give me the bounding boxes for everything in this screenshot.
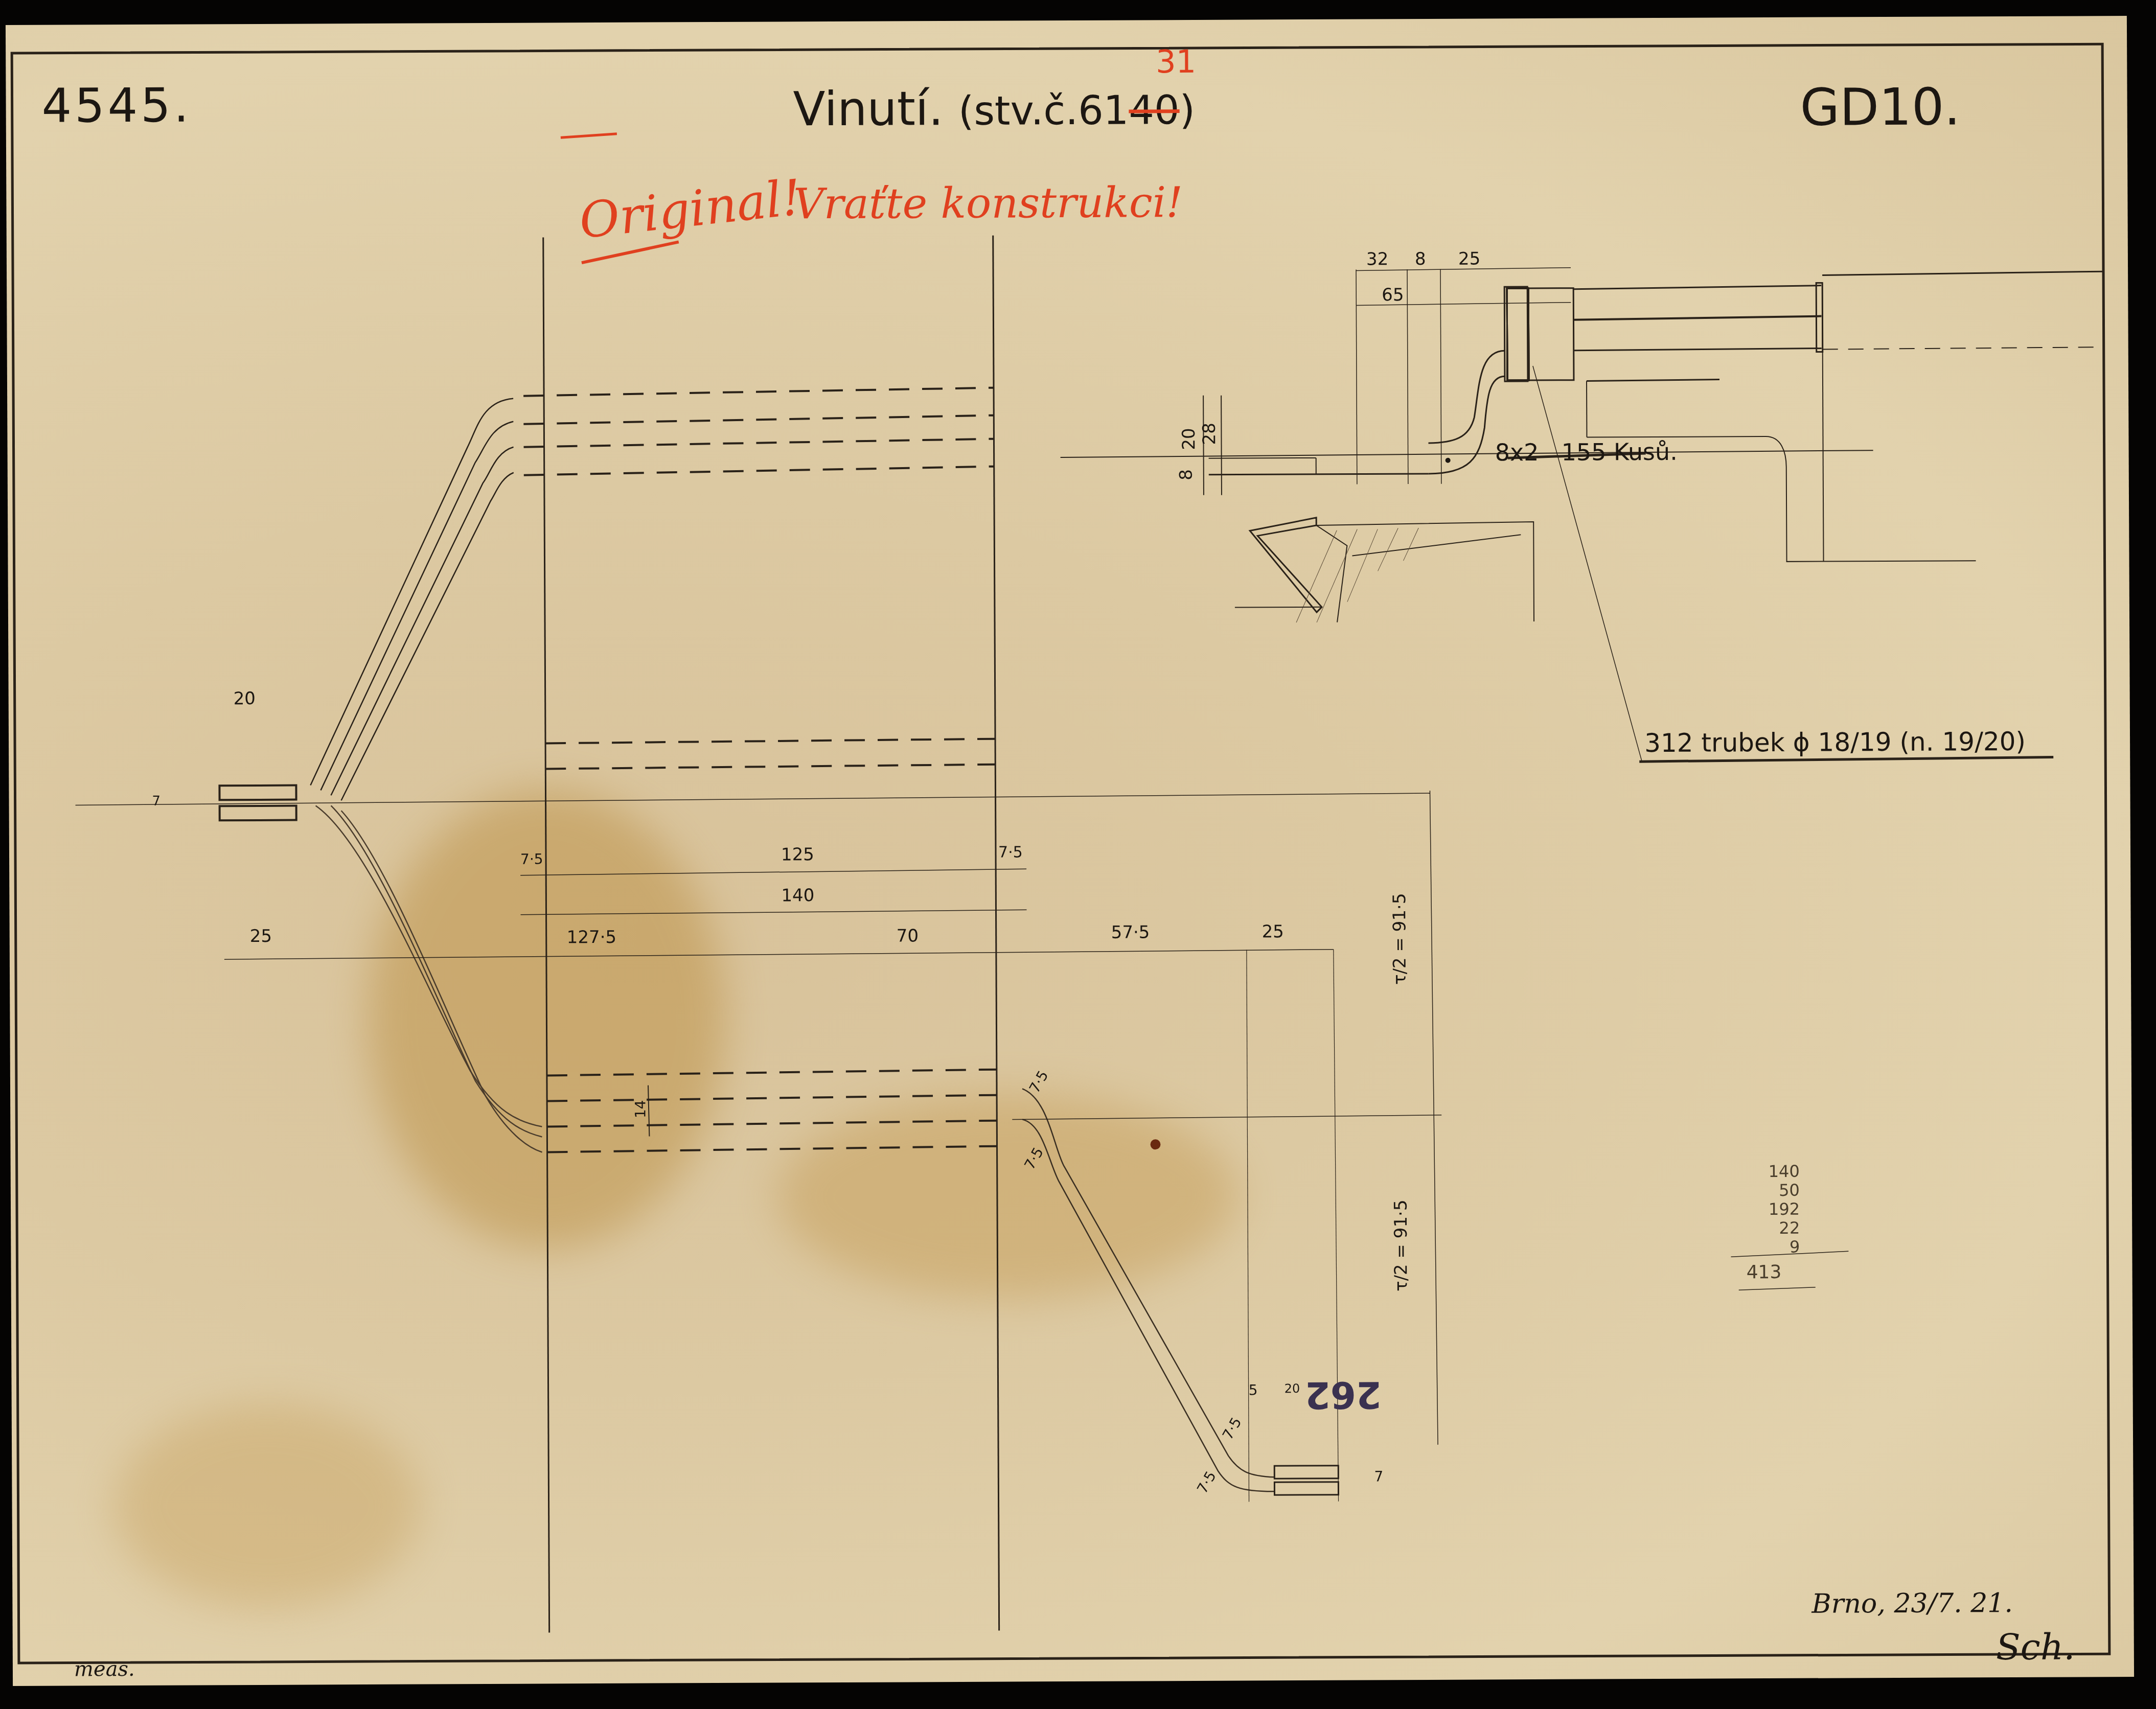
dim-70: 70 — [897, 926, 919, 946]
page-ref-struck: 40 — [1129, 87, 1180, 133]
dim-65: 65 — [1382, 285, 1404, 305]
dim-7-5-right: 7·5 — [998, 843, 1023, 861]
dim-half-pitch-lower: τ/2 = 91·5 — [1391, 1199, 1412, 1291]
dim-28: 28 — [1199, 423, 1220, 445]
calc-term: 22 — [1754, 1219, 1800, 1238]
model-code: GD10. — [1800, 77, 1960, 137]
dim-7-lower: 7 — [1374, 1468, 1383, 1485]
dim-20-lower: 20 — [1285, 1381, 1300, 1396]
dim-half-pitch-upper: τ/2 = 91·5 — [1389, 893, 1410, 985]
dim-25-stub: 25 — [250, 926, 272, 946]
calculation-column: 140 50 192 22 9 — [1754, 1162, 1800, 1257]
drawing-title: Vinutí. (stv.č.6140) — [793, 80, 1195, 136]
dim-20: 20 — [1179, 428, 1199, 450]
dim-25-top: 25 — [1458, 248, 1480, 269]
dim-20-stub: 20 — [234, 688, 256, 709]
dim-7-5-left: 7·5 — [520, 850, 543, 867]
dim-127-5: 127·5 — [567, 927, 617, 948]
drawing-number: 4545. — [41, 78, 192, 133]
dim-5-lower: 5 — [1249, 1381, 1258, 1398]
inventory-stamp: 262 — [1304, 1373, 1382, 1417]
conductor-size-label: 8x2 — [1495, 438, 1539, 466]
dim-57-5: 57·5 — [1111, 922, 1150, 942]
calc-term: 192 — [1754, 1200, 1800, 1219]
leader-line — [1533, 365, 1642, 762]
dim-8: 8 — [1415, 249, 1426, 269]
dim-140: 140 — [781, 885, 814, 906]
drawing-sheet: 4545. Vinutí. (stv.č.6140) 31 GD10. Orig… — [6, 16, 2134, 1686]
dim-25-right: 25 — [1262, 921, 1284, 942]
border-frame — [12, 44, 2109, 1663]
dim-8-height: 8 — [1176, 469, 1197, 480]
margin-note: meas. — [74, 1657, 135, 1681]
calc-term: 50 — [1754, 1181, 1800, 1200]
page-ref-suffix: ) — [1179, 87, 1195, 133]
dim-32: 32 — [1366, 249, 1388, 269]
dim-125: 125 — [781, 844, 814, 865]
page-ref-prefix: (stv.č.61 — [958, 87, 1129, 134]
conductor-slot — [1507, 288, 1574, 381]
calc-total: 413 — [1747, 1262, 1782, 1283]
signature: Sch. — [1996, 1626, 2075, 1668]
dim-14: 14 — [632, 1100, 649, 1118]
tube-note: 312 trubek ϕ 18/19 (n. 19/20) — [1644, 727, 2026, 758]
place-date: Brno, 23/7. 21. — [1811, 1588, 2013, 1620]
calc-term: 140 — [1754, 1162, 1800, 1181]
page-ref-correction: 31 — [1156, 43, 1196, 80]
red-note-return: Vraťte konstrukci! — [793, 178, 1183, 228]
title-text: Vinutí. — [793, 81, 943, 136]
calc-term: 9 — [1754, 1238, 1800, 1257]
technical-drawing — [6, 16, 2134, 1686]
dim-7-left: 7 — [152, 794, 160, 809]
pieces-label: 155 Kusů. — [1561, 438, 1677, 466]
